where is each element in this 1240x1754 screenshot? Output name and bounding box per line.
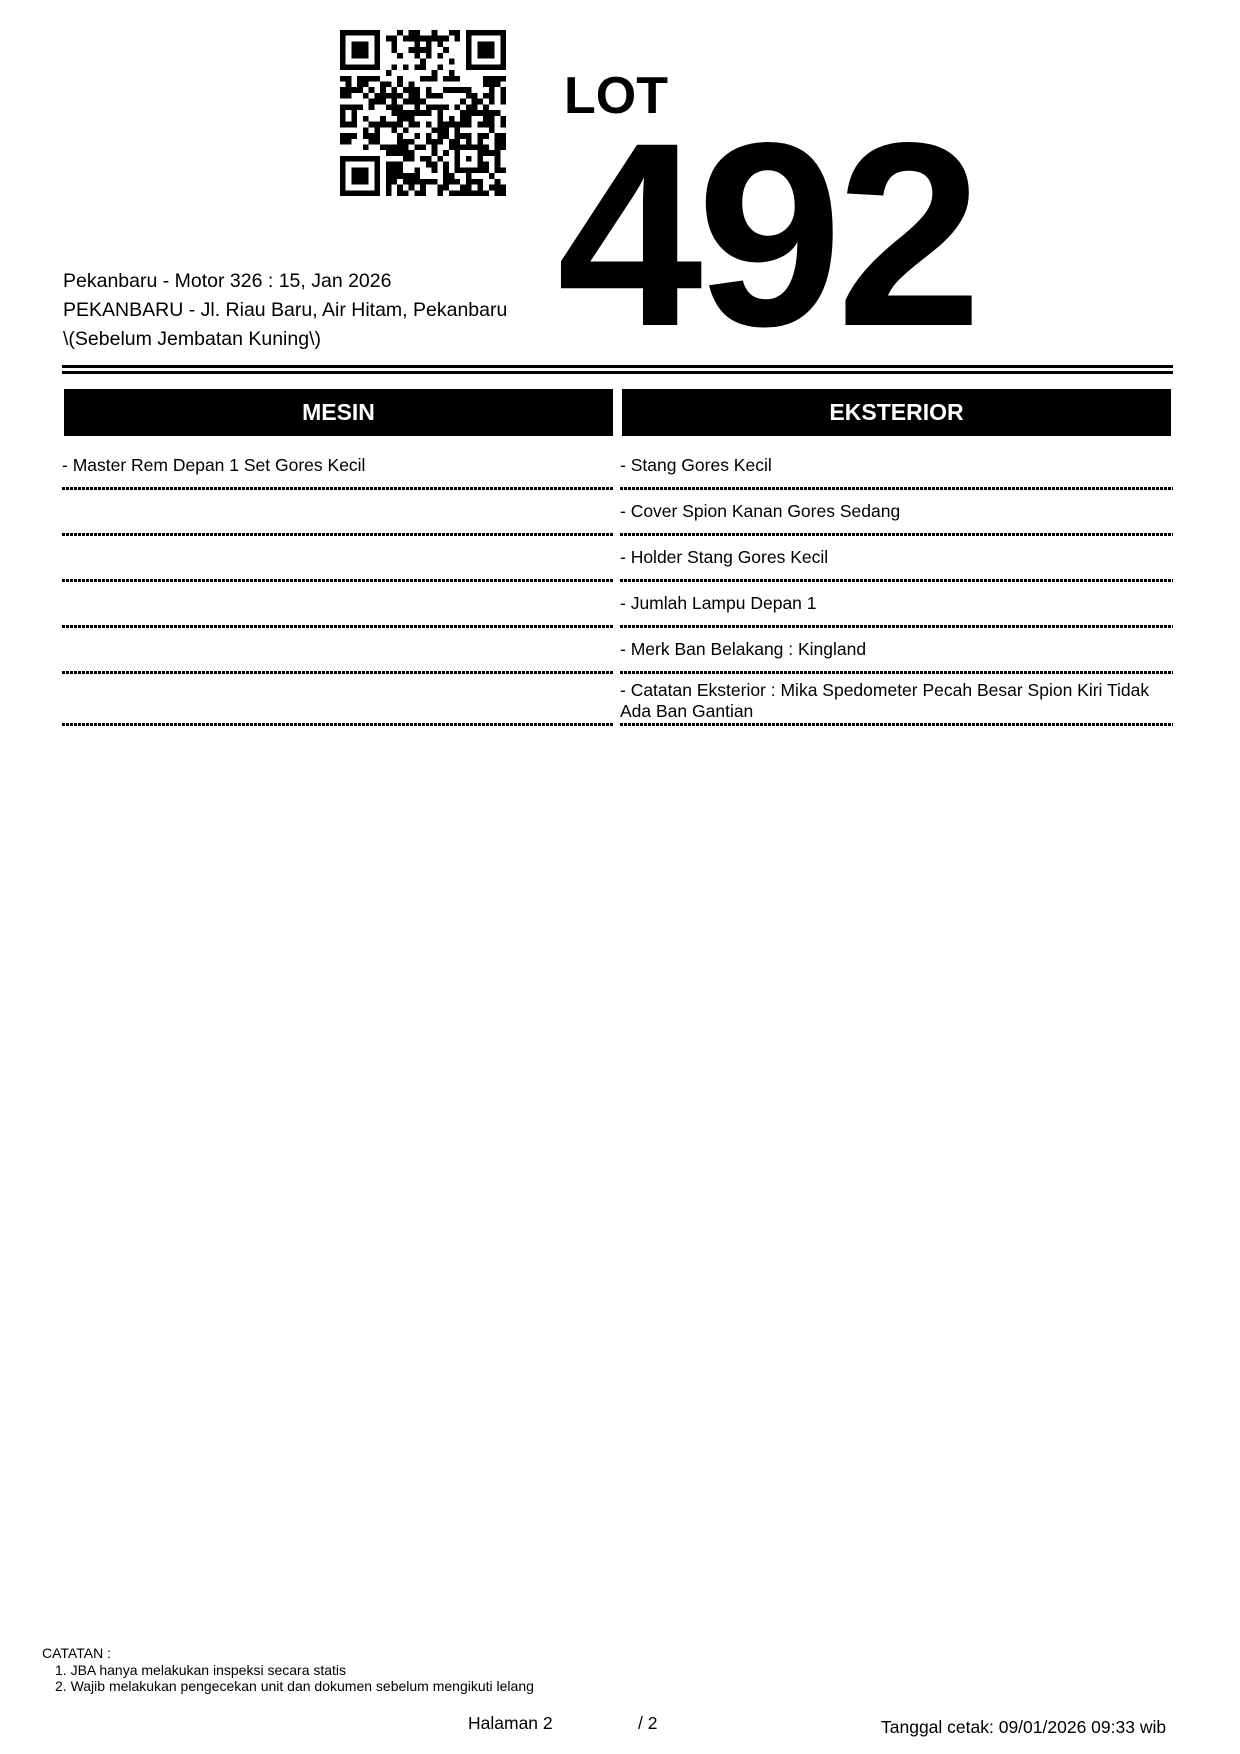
list-item (62, 582, 613, 628)
mesin-list: - Master Rem Depan 1 Set Gores Kecil (62, 444, 613, 726)
section-header-mesin: MESIN (64, 389, 613, 436)
print-date: Tanggal cetak: 09/01/2026 09:33 wib (881, 1717, 1166, 1737)
header-divider (62, 365, 1173, 368)
note-item: 1. JBA hanya melakukan inspeksi secara s… (55, 1662, 346, 1678)
list-item: - Master Rem Depan 1 Set Gores Kecil (62, 444, 613, 490)
list-item: - Holder Stang Gores Kecil (620, 536, 1173, 582)
notes-title: CATATAN : (42, 1645, 111, 1662)
list-item: - Merk Ban Belakang : Kingland (620, 628, 1173, 674)
item-text: - Catatan Eksterior : Mika Spedometer Pe… (620, 680, 1173, 722)
list-item (62, 536, 613, 582)
list-item (62, 490, 613, 536)
section-header-eksterior: EKSTERIOR (622, 389, 1171, 436)
note-item: 2. Wajib melakukan pengecekan unit dan d… (55, 1678, 534, 1694)
item-text: - Merk Ban Belakang : Kingland (620, 639, 1173, 660)
eksterior-list: - Stang Gores Kecil - Cover Spion Kanan … (620, 444, 1173, 726)
list-item: - Catatan Eksterior : Mika Spedometer Pe… (620, 674, 1173, 726)
item-text: - Stang Gores Kecil (620, 455, 1173, 476)
list-item (62, 674, 613, 726)
auction-location-line: PEKANBARU - Jl. Riau Baru, Air Hitam, Pe… (63, 296, 507, 325)
page-number: Halaman 2 (468, 1713, 553, 1733)
auction-location-note: \(Sebelum Jembatan Kuning\) (63, 325, 321, 354)
list-item: - Jumlah Lampu Depan 1 (620, 582, 1173, 628)
auction-info-line: Pekanbaru - Motor 326 : 15, Jan 2026 (63, 267, 391, 296)
item-text: - Jumlah Lampu Depan 1 (620, 593, 1173, 614)
item-text: - Master Rem Depan 1 Set Gores Kecil (62, 455, 613, 476)
lot-number: 492 (557, 100, 976, 370)
item-text: - Cover Spion Kanan Gores Sedang (620, 501, 1173, 522)
page-total: / 2 (638, 1713, 657, 1733)
list-item: - Stang Gores Kecil (620, 444, 1173, 490)
list-item: - Cover Spion Kanan Gores Sedang (620, 490, 1173, 536)
qr-code-icon (340, 30, 506, 196)
list-item (62, 628, 613, 674)
header-divider (62, 371, 1173, 374)
item-text: - Holder Stang Gores Kecil (620, 547, 1173, 568)
